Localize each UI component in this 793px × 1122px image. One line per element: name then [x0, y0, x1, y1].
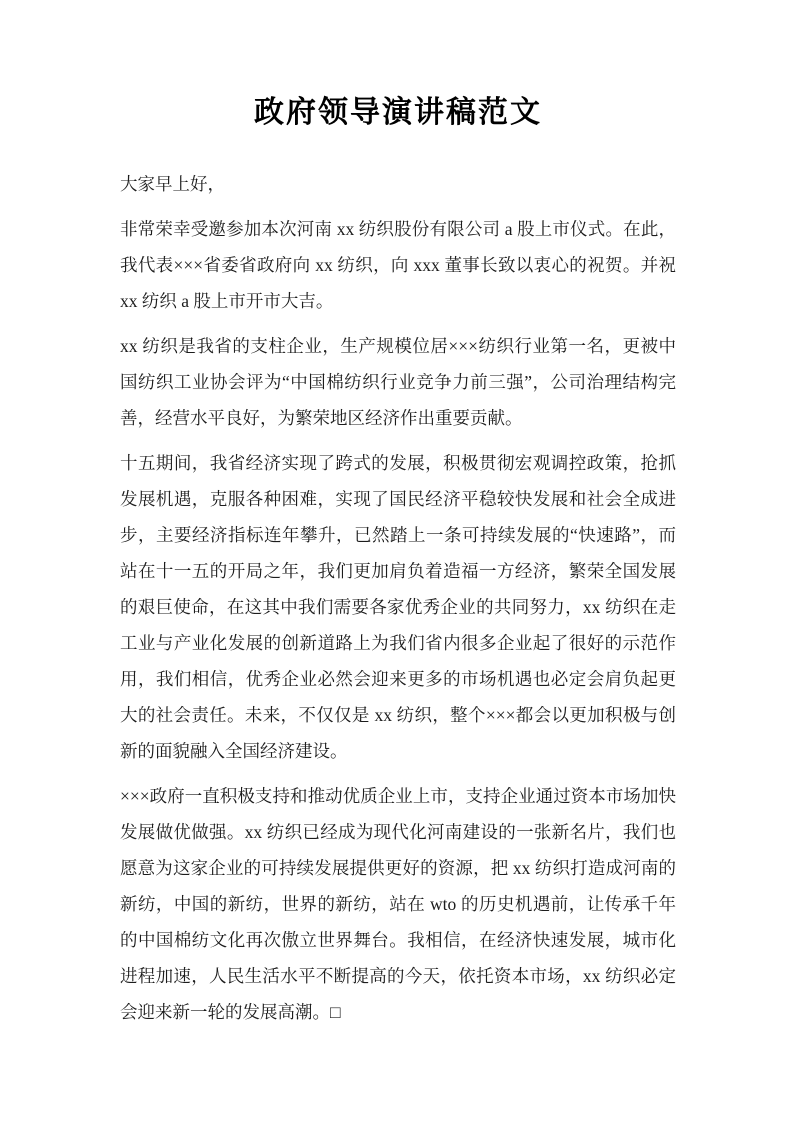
- paragraph-government-support: ×××政府一直积极支持和推动优质企业上市，支持企业通过资本市场加快发展做优做强。…: [120, 778, 676, 1030]
- paragraph-greeting: 大家早上好，: [120, 166, 676, 202]
- document-content: 政府领导演讲稿范文 大家早上好， 非常荣幸受邀参加本次河南 xx 纺织股份有限公…: [0, 0, 793, 1030]
- paragraph-economic-development: 十五期间，我省经济实现了跨式的发展，积极贯彻宏观调控政策，抢抓发展机遇，克服各种…: [120, 445, 676, 769]
- paragraph-company-intro: xx 纺织是我省的支柱企业，生产规模位居×××纺织行业第一名，更被中国纺织工业协…: [120, 328, 676, 436]
- document-title: 政府领导演讲稿范文: [120, 92, 676, 134]
- paragraph-congratulations: 非常荣幸受邀参加本次河南 xx 纺织股份有限公司 a 股上市仪式。在此，我代表×…: [120, 211, 676, 319]
- document-page: 政府领导演讲稿范文 大家早上好， 非常荣幸受邀参加本次河南 xx 纺织股份有限公…: [0, 0, 793, 1122]
